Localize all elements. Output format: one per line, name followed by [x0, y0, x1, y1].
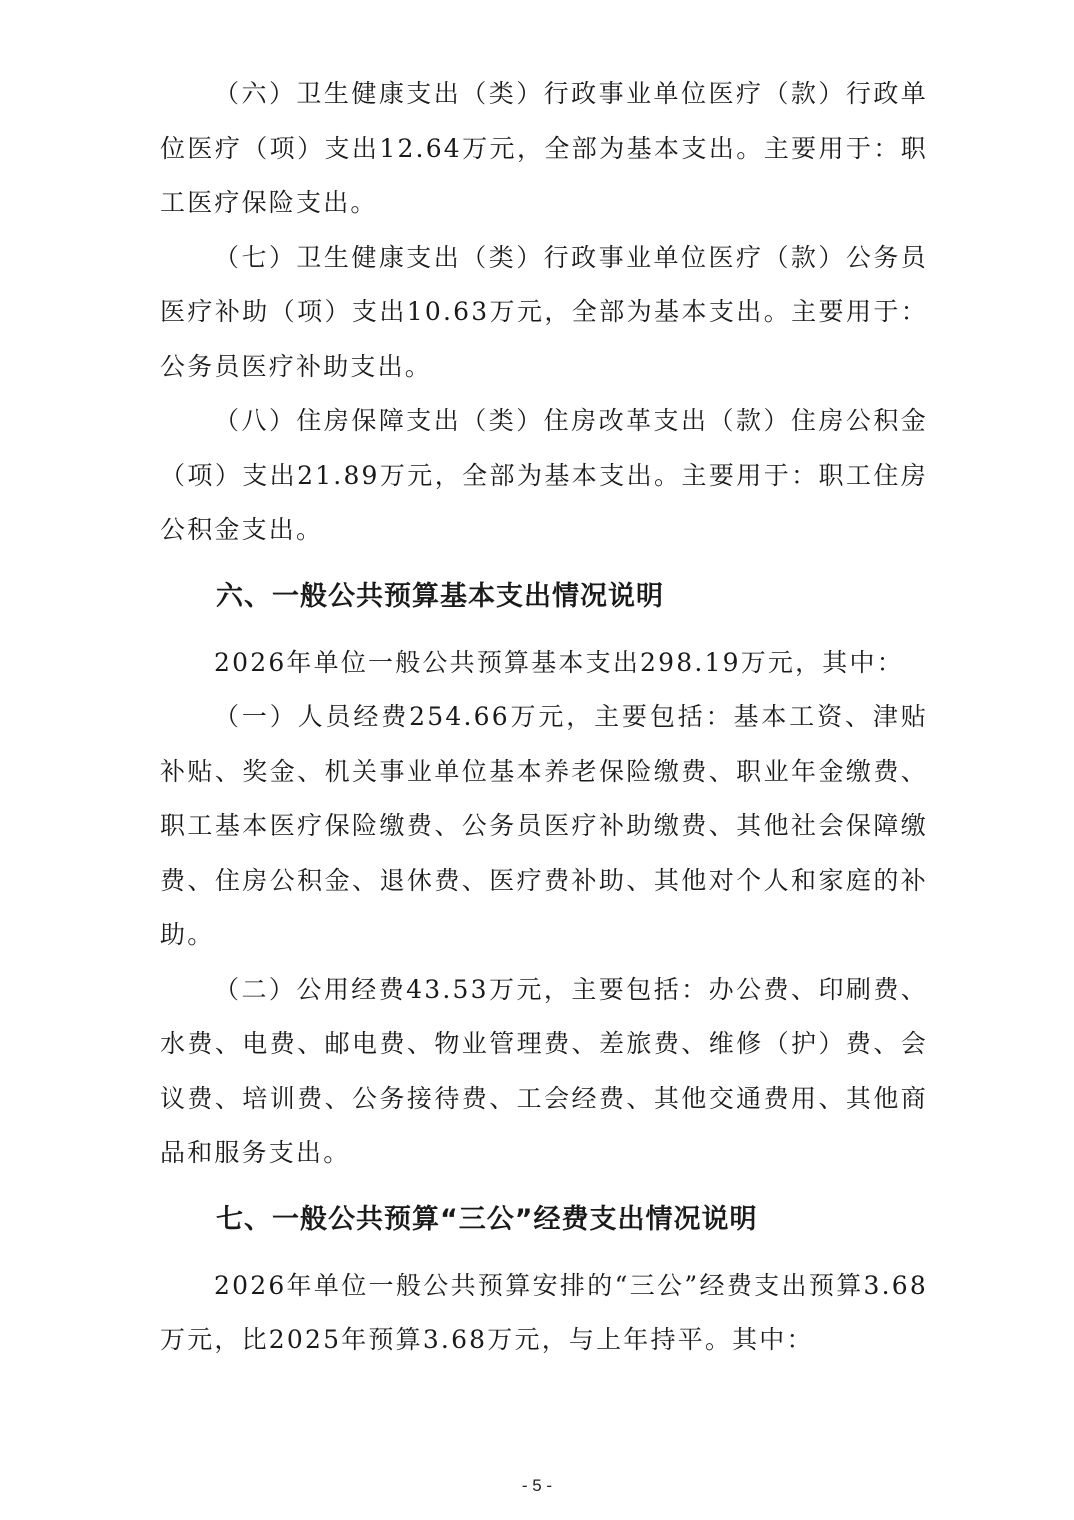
- paragraph-health-civil-servant-medical: （七）卫生健康支出（类）行政事业单位医疗（款）公务员医疗补助（项）支出10.63…: [160, 231, 928, 395]
- paragraph-three-public-total: 2026年单位一般公共预算安排的“三公”经费支出预算3.68万元，比2025年预…: [160, 1259, 928, 1368]
- paragraph-public-expenses: （二）公用经费43.53万元，主要包括：办公费、印刷费、水费、电费、邮电费、物业…: [160, 963, 928, 1181]
- section-heading-basic-expenditure: 六、一般公共预算基本支出情况说明: [160, 570, 928, 624]
- paragraph-personnel-expenses: （一）人员经费254.66万元，主要包括：基本工资、津贴补贴、奖金、机关事业单位…: [160, 690, 928, 963]
- paragraph-health-admin-medical: （六）卫生健康支出（类）行政事业单位医疗（款）行政单位医疗（项）支出12.64万…: [160, 67, 928, 231]
- paragraph-basic-expenditure-total: 2026年单位一般公共预算基本支出298.19万元，其中：: [160, 636, 928, 691]
- paragraph-housing-provident-fund: （八）住房保障支出（类）住房改革支出（款）住房公积金（项）支出21.89万元，全…: [160, 394, 928, 558]
- page-number: - 5 -: [0, 1476, 1074, 1496]
- section-heading-three-public-expenses: 七、一般公共预算“三公”经费支出情况说明: [160, 1193, 928, 1247]
- document-page: （六）卫生健康支出（类）行政事业单位医疗（款）行政单位医疗（项）支出12.64万…: [160, 67, 928, 1368]
